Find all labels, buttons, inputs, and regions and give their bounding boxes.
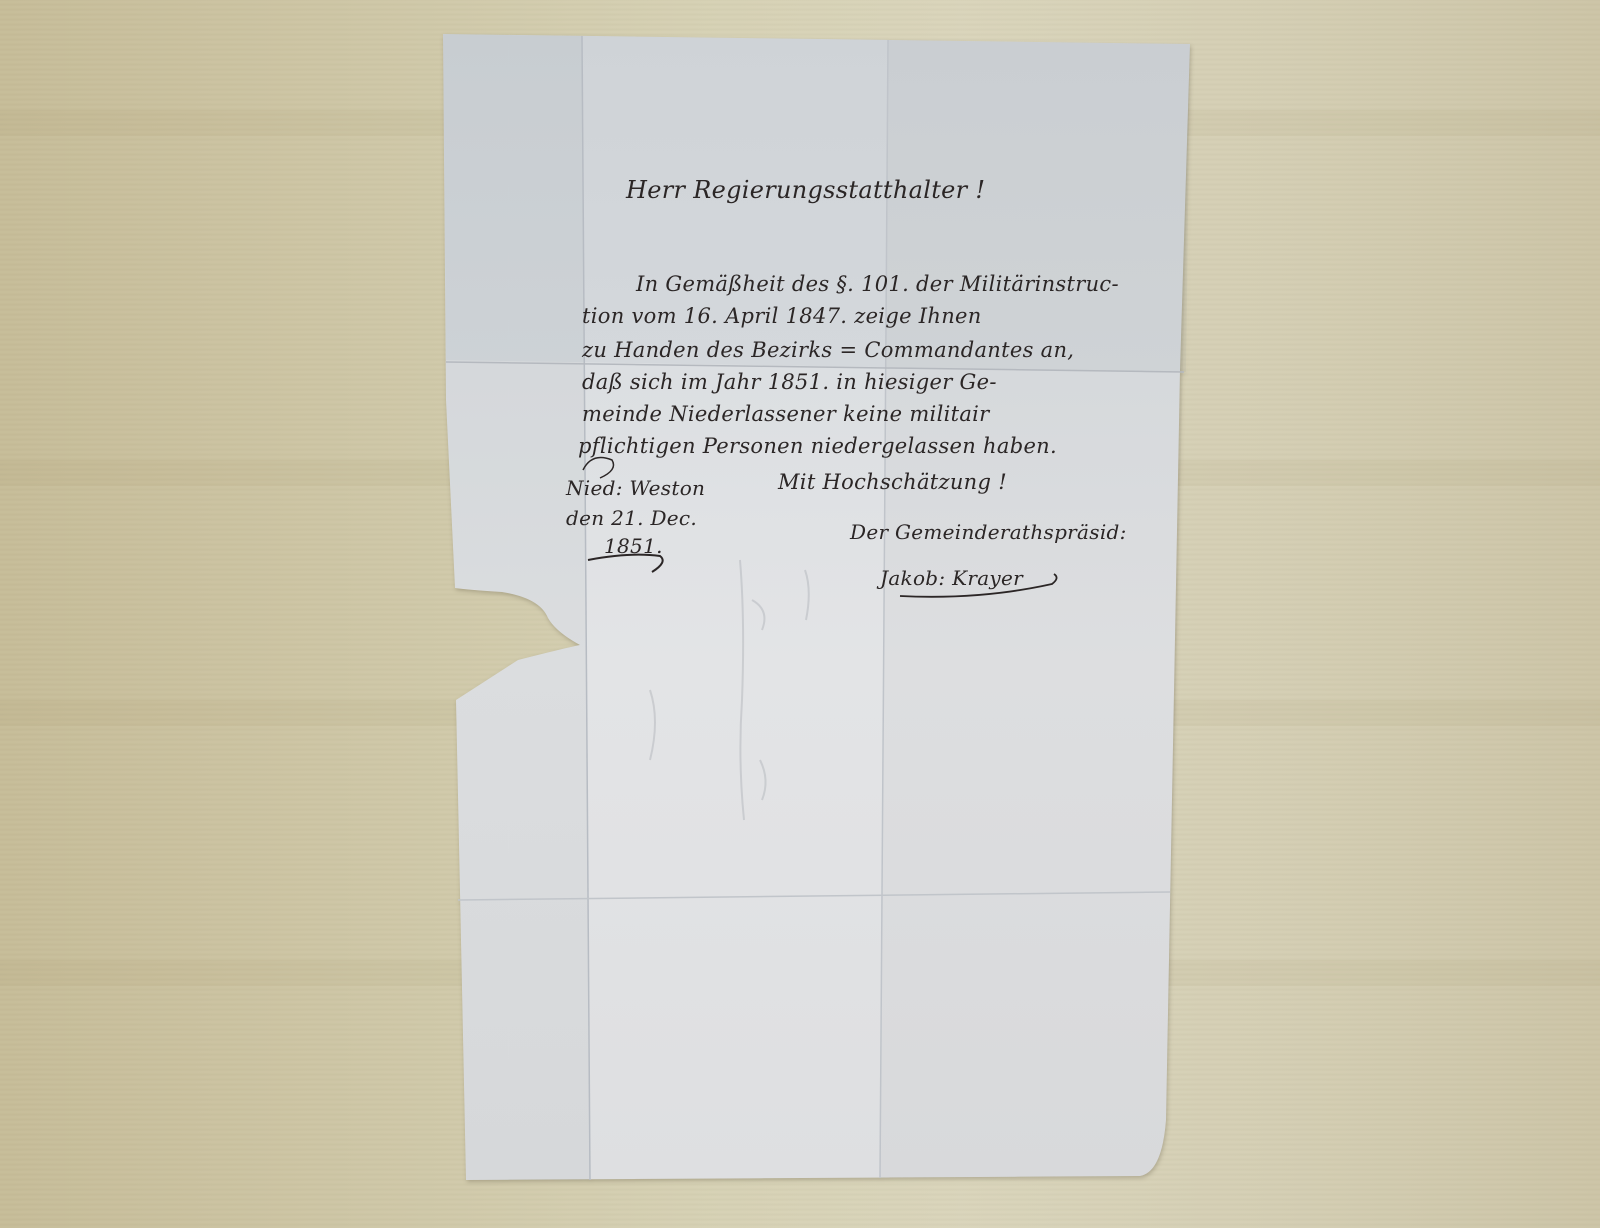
closing: Mit Hochschätzung !	[778, 470, 1007, 494]
body-line: daß sich im Jahr 1851. in hiesiger Ge-	[582, 370, 997, 394]
body-line: tion vom 16. April 1847. zeige Ihnen	[582, 304, 982, 328]
salutation: Herr Regierungsstatthalter !	[626, 176, 985, 204]
body-line: zu Handen des Bezirks = Commandantes an,	[582, 338, 1074, 362]
signature-name: Jakob: Krayer	[880, 566, 1023, 590]
body-line: In Gemäßheit des §. 101. der Militärinst…	[636, 272, 1119, 296]
place: Nied: Weston	[566, 476, 705, 500]
signature-title: Der Gemeinderathspräsid:	[850, 520, 1127, 544]
year: 1851.	[604, 534, 663, 558]
body-line: pflichtigen Personen niedergelassen habe…	[578, 434, 1057, 458]
date: den 21. Dec.	[566, 506, 697, 530]
body-line: meinde Niederlassener keine militair	[582, 402, 990, 426]
